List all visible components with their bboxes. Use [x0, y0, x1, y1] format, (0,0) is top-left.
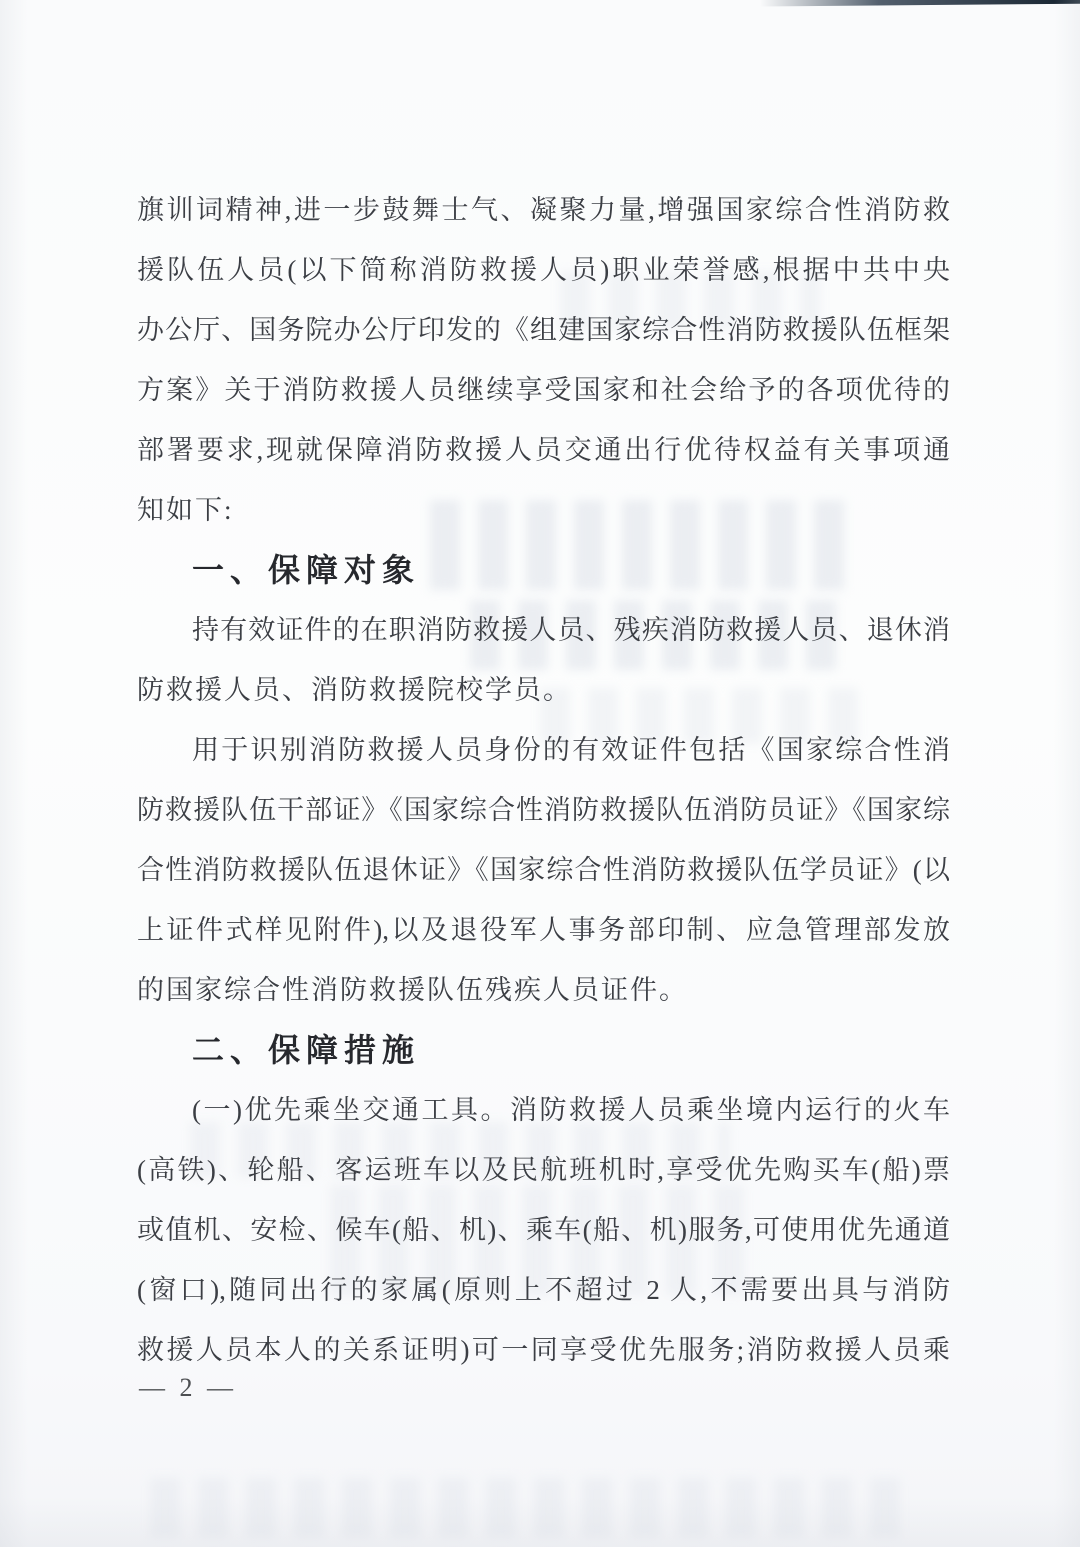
document-line: (一)优先乘坐交通工具。消防救援人员乘坐境内运行的火车	[137, 1080, 950, 1140]
document-line: 部署要求,现就保障消防救援人员交通出行优待权益有关事项通	[137, 420, 950, 480]
section-heading: 二、保障措施	[137, 1020, 950, 1080]
document-line: 持有效证件的在职消防救援人员、残疾消防救援人员、退休消	[137, 600, 950, 660]
document-line: 知如下:	[137, 480, 950, 540]
document-line: 的国家综合性消防救援队伍残疾人员证件。	[137, 960, 950, 1020]
document-page: 旗训词精神,进一步鼓舞士气、凝聚力量,增强国家综合性消防救援队伍人员(以下简称消…	[0, 0, 1080, 1547]
document-line: 合性消防救援队伍退休证》《国家综合性消防救援队伍学员证》(以	[137, 840, 950, 900]
document-line: (窗口),随同出行的家属(原则上不超过 2 人,不需要出具与消防	[137, 1260, 950, 1320]
section-heading: 一、保障对象	[137, 540, 950, 600]
document-line: 防救援人员、消防救援院校学员。	[137, 660, 950, 720]
document-line: 旗训词精神,进一步鼓舞士气、凝聚力量,增强国家综合性消防救	[137, 180, 950, 240]
document-line: 方案》关于消防救援人员继续享受国家和社会给予的各项优待的	[137, 360, 950, 420]
bleed-through-artifact	[150, 1478, 910, 1538]
document-line: 用于识别消防救援人员身份的有效证件包括《国家综合性消	[137, 720, 950, 780]
document-line: 或值机、安检、候车(船、机)、乘车(船、机)服务,可使用优先通道	[137, 1200, 950, 1260]
document-content: 旗训词精神,进一步鼓舞士气、凝聚力量,增强国家综合性消防救援队伍人员(以下简称消…	[137, 180, 950, 1380]
document-line: 防救援队伍干部证》《国家综合性消防救援队伍消防员证》《国家综	[137, 780, 950, 840]
scan-edge-artifact	[760, 0, 1080, 6]
page-number: — 2 —	[139, 1368, 237, 1408]
document-line: 上证件式样见附件),以及退役军人事务部印制、应急管理部发放	[137, 900, 950, 960]
document-text-block: 旗训词精神,进一步鼓舞士气、凝聚力量,增强国家综合性消防救援队伍人员(以下简称消…	[137, 180, 950, 1380]
document-line: 救援人员本人的关系证明)可一同享受优先服务;消防救援人员乘	[137, 1320, 950, 1380]
document-line: 办公厅、国务院办公厅印发的《组建国家综合性消防救援队伍框架	[137, 300, 950, 360]
document-line: (高铁)、轮船、客运班车以及民航班机时,享受优先购买车(船)票	[137, 1140, 950, 1200]
document-line: 援队伍人员(以下简称消防救援人员)职业荣誉感,根据中共中央	[137, 240, 950, 300]
